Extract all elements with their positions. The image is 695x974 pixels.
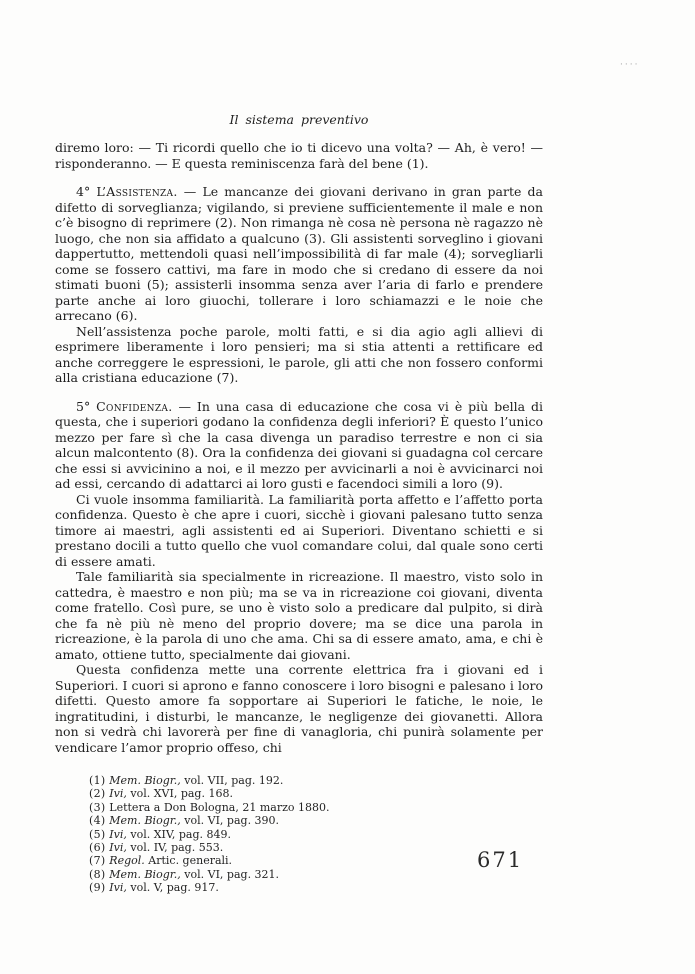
text-segment: Mem. Biogr.,	[109, 868, 181, 881]
text-segment: Tale familiarità sia specialmente in ric…	[55, 569, 543, 662]
footnote: (2) Ivi, vol. XVI, pag. 168.	[89, 787, 543, 800]
text-segment: Ivi,	[109, 828, 127, 841]
footnote-marker: (8)	[89, 868, 109, 881]
paragraph: diremo loro: — Ti ricordi quello che io …	[55, 140, 543, 171]
text-segment: — Le mancanze dei giovani derivano in gr…	[55, 184, 543, 323]
text-segment: vol. XVI, pag. 168.	[127, 787, 233, 800]
footnote-marker: (9)	[89, 881, 109, 894]
footnote-marker: (7)	[89, 854, 109, 867]
paragraph: Nell’assistenza poche parole, molti fatt…	[55, 324, 543, 386]
text-segment: vol. IV, pag. 553.	[127, 841, 223, 854]
text-segment: Ivi,	[109, 881, 127, 894]
text-segment: Regol.	[109, 854, 144, 867]
footnote: (5) Ivi, vol. XIV, pag. 849.	[89, 828, 543, 841]
text-segment: Ci vuole insomma familiarità. La familia…	[55, 492, 543, 569]
footnote-marker: (4)	[89, 814, 109, 827]
text-segment: Confidenza.	[96, 399, 172, 414]
text-segment: vol. VI, pag. 390.	[181, 814, 279, 827]
text-segment: Mem. Biogr.,	[109, 774, 181, 787]
text-segment: vol. VII, pag. 192.	[181, 774, 284, 787]
text-segment: Ivi,	[109, 841, 127, 854]
text-segment: Lettera a Don Bologna, 21 marzo 1880.	[109, 801, 329, 814]
text-segment: vol. VI, pag. 321.	[181, 868, 279, 881]
footnote-marker: (6)	[89, 841, 109, 854]
text-segment: vol. XIV, pag. 849.	[127, 828, 231, 841]
footnote-marker: (3)	[89, 801, 109, 814]
footnote-marker: (1)	[89, 774, 109, 787]
footnote: (8) Mem. Biogr., vol. VI, pag. 321.	[89, 868, 543, 881]
footnote: (6) Ivi, vol. IV, pag. 553.	[89, 841, 543, 854]
footnote: (7) Regol. Artic. generali.	[89, 854, 543, 867]
text-segment: 5°	[76, 399, 96, 414]
text-segment: Ivi,	[109, 787, 127, 800]
text-segment: L’Assistenza.	[96, 184, 177, 199]
footnote: (1) Mem. Biogr., vol. VII, pag. 192.	[89, 774, 543, 787]
scanned-book-page: ···· Il sistema preventivo diremo loro: …	[0, 0, 695, 974]
paragraph: Questa confidenza mette una corrente ele…	[55, 662, 543, 755]
running-header: Il sistema preventivo	[55, 113, 543, 127]
text-segment: Artic. generali.	[145, 854, 232, 867]
text-segment: diremo loro: — Ti ricordi quello che io …	[55, 140, 543, 171]
text-segment: Nell’assistenza poche parole, molti fatt…	[55, 324, 543, 386]
text-segment: Mem. Biogr.,	[109, 814, 181, 827]
footnote: (9) Ivi, vol. V, pag. 917.	[89, 881, 543, 894]
footnote-marker: (5)	[89, 828, 109, 841]
text-segment: 4°	[76, 184, 96, 199]
paragraph: 5° Confidenza. — In una casa di educazio…	[55, 399, 543, 492]
page-number: 671	[477, 848, 523, 872]
footnote: (3) Lettera a Don Bologna, 21 marzo 1880…	[89, 801, 543, 814]
text-column: Il sistema preventivo diremo loro: — Ti …	[55, 0, 543, 895]
footnotes: (1) Mem. Biogr., vol. VII, pag. 192.(2) …	[55, 774, 543, 895]
text-segment: vol. V, pag. 917.	[127, 881, 219, 894]
footnote-marker: (2)	[89, 787, 109, 800]
body-text: diremo loro: — Ti ricordi quello che io …	[55, 140, 543, 755]
scan-artifact-dots: ····	[620, 60, 639, 70]
paragraph: 4° L’Assistenza. — Le mancanze dei giova…	[55, 184, 543, 324]
text-segment: Questa confidenza mette una corrente ele…	[55, 662, 543, 755]
paragraph: Tale familiarità sia specialmente in ric…	[55, 569, 543, 662]
paragraph: Ci vuole insomma familiarità. La familia…	[55, 492, 543, 570]
footnote: (4) Mem. Biogr., vol. VI, pag. 390.	[89, 814, 543, 827]
